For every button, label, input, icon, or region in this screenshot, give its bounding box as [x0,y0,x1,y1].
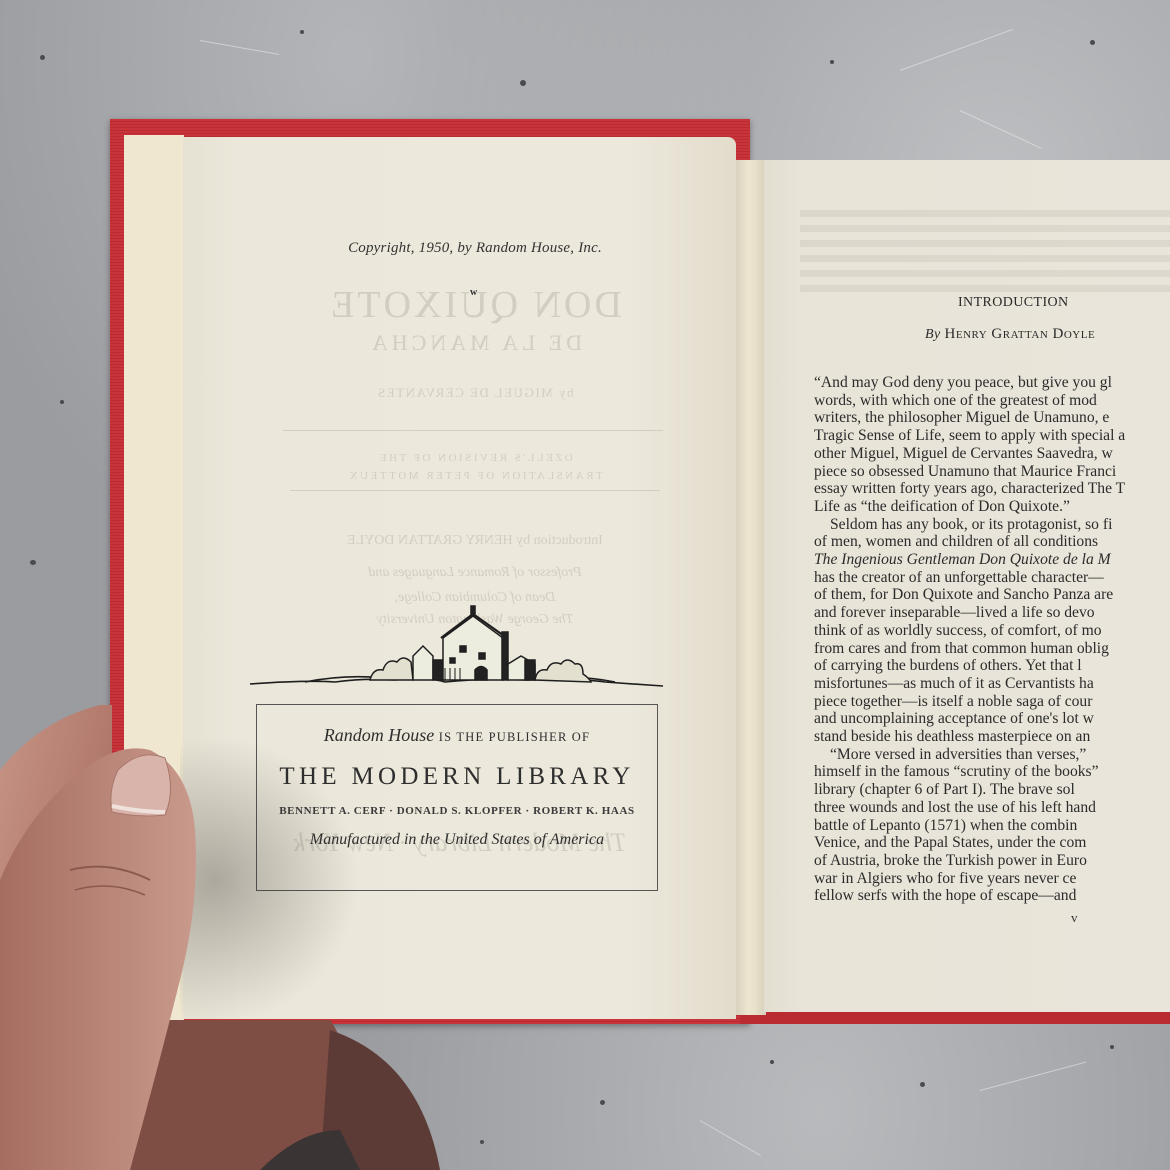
speck [1110,1045,1114,1049]
show-through-rule-2 [290,490,660,491]
text-line: piece so obsessed Unamuno that Maurice F… [814,463,1170,481]
scratch [960,110,1042,149]
show-through-intro-by: Introduction by HENRY GRATTAN DOYLE [290,533,660,549]
text-line: of men, women and children of all condit… [814,533,1170,551]
introduction-byline: By Henry Grattan Doyle [925,326,1095,343]
speck [300,30,304,34]
text-line: fellow serfs with the hope of escape—and [814,887,1170,905]
show-through-credential-1: Professor of Romance Languages and [290,565,660,581]
text-line: Seldom has any book, or its protagonist,… [814,516,1170,534]
speck [770,1060,774,1064]
speck [30,560,36,565]
text-line: misfortunes—as much of it as Cervantists… [814,675,1170,693]
scratch [700,1120,761,1156]
page-number: v [1071,910,1078,926]
text-line: library (chapter 6 of Part I). The brave… [814,781,1170,799]
text-line: think of as worldly success, of comfort,… [814,622,1170,640]
speck [40,55,45,60]
printer-mark: w [470,287,477,298]
country-house-icon [245,598,665,690]
show-through-revision-2: TRANSLATION OF PETER MOTTEUX [290,470,660,482]
text-line: and uncomplaining acceptance of one's lo… [814,710,1170,728]
text-line: piece together—is itself a noble saga of… [814,693,1170,711]
text-line: Venice, and the Papal States, under the … [814,834,1170,852]
scratch [980,1062,1087,1091]
speck [920,1082,925,1087]
speck [1090,40,1095,45]
text-line: other Miguel, Miguel de Cervantes Saaved… [814,445,1170,463]
show-through-author: by MIGUEL DE CERVANTES [290,385,660,401]
introduction-body: “And may God deny you peace, but give yo… [814,374,1170,905]
hand-shadow [180,735,360,1025]
text-line: words, with which one of the greatest of… [814,392,1170,410]
book-gutter [736,160,766,1015]
text-line: from cares and from that common human ob… [814,640,1170,658]
speck [60,400,64,404]
show-through-rule [283,430,663,431]
flyleaf [124,135,184,1020]
text-line: writers, the philosopher Miguel de Unamu… [814,409,1170,427]
book-cover-edge [740,1010,1170,1024]
speck [520,80,526,86]
text-line: of them, for Don Quixote and Sancho Panz… [814,586,1170,604]
text-line: “More versed in adversities than verses,… [814,746,1170,764]
text-line: has the creator of an unforgettable char… [814,569,1170,587]
scratch [200,40,279,55]
text-line: The Ingenious Gentleman Don Quixote de l… [814,551,1170,569]
text-line: of Austria, broke the Turkish power in E… [814,852,1170,870]
text-line: battle of Lepanto (1571) when the combin [814,817,1170,835]
scratch [900,29,1013,71]
text-line: and forever inseparable—lived a life so … [814,604,1170,622]
speck [600,1100,605,1105]
show-through-revision-1: OZELL'S REVISION OF THE [290,452,660,464]
publisher-phrase: is the publisher of [439,730,590,744]
copyright-notice: Copyright, 1950, by Random House, Inc. [300,240,650,257]
text-line: Life as “the deification of Don Quixote.… [814,498,1170,516]
text-line: of carrying the burdens of others. Yet t… [814,657,1170,675]
speck [480,1140,484,1144]
byline-name: Henry Grattan Doyle [945,326,1096,342]
text-line: stand beside his deathless masterpiece o… [814,728,1170,746]
text-line: three wounds and lost the use of his lef… [814,799,1170,817]
text-line: war in Algiers who for five years never … [814,870,1170,888]
text-line: essay written forty years ago, character… [814,480,1170,498]
text-line: “And may God deny you peace, but give yo… [814,374,1170,392]
speck [830,60,834,64]
show-through-subtitle: DE LA MANCHA [290,330,660,356]
text-line: himself in the famous “scrutiny of the b… [814,763,1170,781]
introduction-heading: INTRODUCTION [958,295,1069,311]
text-line: Tragic Sense of Life, seem to apply with… [814,427,1170,445]
byline-prefix: By [925,327,941,342]
